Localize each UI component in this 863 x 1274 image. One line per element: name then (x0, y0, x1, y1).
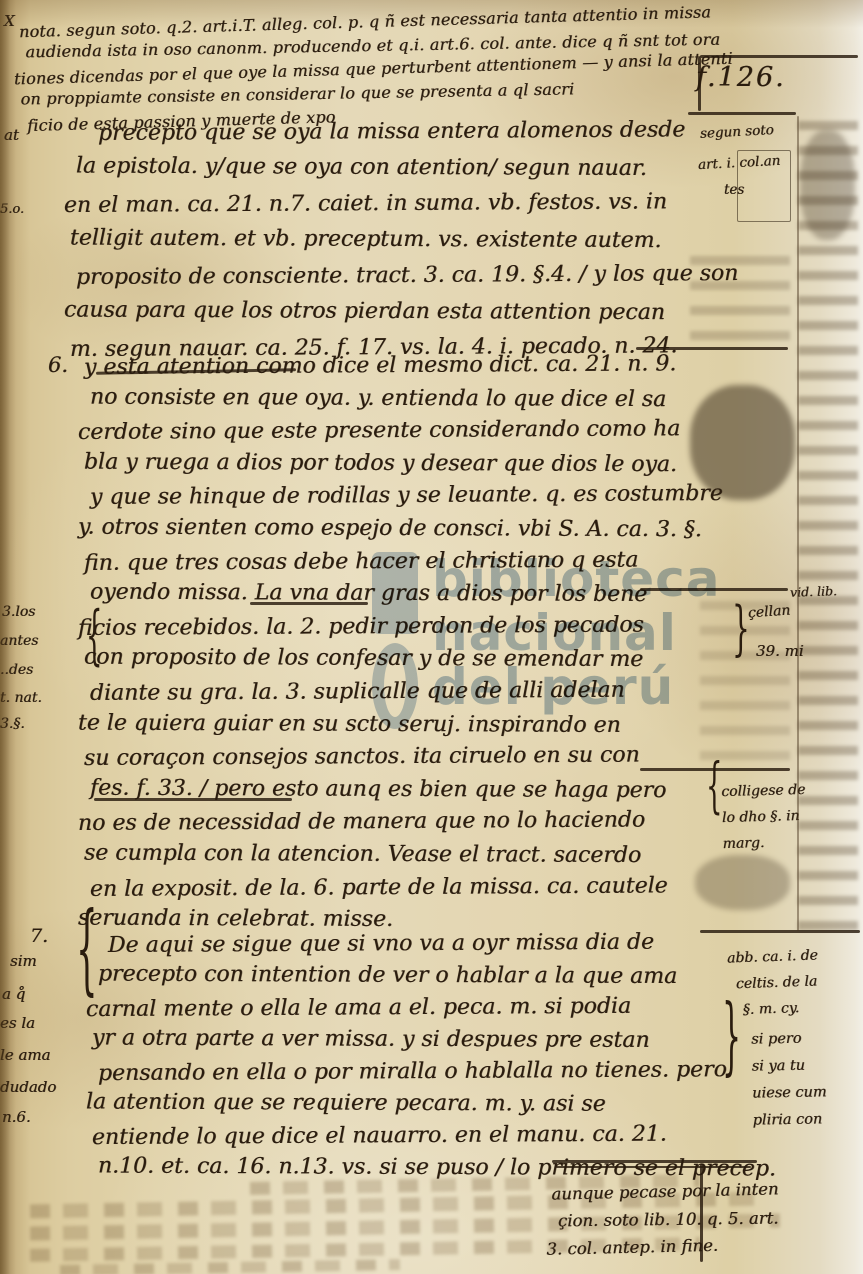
margin-note-line: celtis. de la (728, 968, 820, 997)
ink-stroke (700, 55, 858, 58)
margin-box (737, 150, 791, 222)
manuscript-line: te le quiera guiar en su scto seruj. ins… (78, 707, 723, 742)
manuscript-line: aunque pecase por la inten (551, 1175, 779, 1208)
manuscript-line: De aqui se sigue que si vno va a oyr mis… (108, 926, 776, 962)
manuscript-line: la atention que se requiere pecara. m. y… (86, 1086, 776, 1121)
folio-reference: f.126. (696, 62, 786, 93)
margin-note-line: si ya tu (752, 1052, 827, 1080)
ink-stroke (552, 1160, 757, 1163)
manuscript-line: pensando en ella o por miralla o hablall… (98, 1054, 776, 1090)
manuscript-line: telligit autem. et vb. preceptum. vs. ex… (70, 221, 739, 260)
manuscript-line: bla y ruega a dios por todos y desear qu… (84, 446, 723, 481)
manuscript-line: precepto que se oya la missa entera alom… (98, 112, 739, 152)
margin-note-line: abb. ca. i. de (727, 942, 819, 971)
page-edge (0, 0, 16, 1274)
ink-stroke (636, 347, 788, 350)
section-six: y esta atention como dice el mesmo dict.… (84, 350, 723, 937)
manuscript-line: entiende lo que dice el nauarro. en el m… (92, 1118, 776, 1154)
ink-stroke (700, 1164, 703, 1262)
margin-note-line: pliria con (752, 1106, 827, 1134)
manuscript-line: oyendo missa. La vna dar gras a dios por… (90, 577, 723, 612)
manuscript-line: y esta atention como dice el mesmo dict.… (84, 348, 723, 384)
manuscript-line: fes. f. 33. / pero esto aunq es bien que… (90, 772, 723, 807)
margin-rule (797, 116, 799, 931)
manuscript-line: carnal mente o ella le ama a el. peca. m… (86, 990, 776, 1026)
right-margin-note: segun soto (700, 122, 775, 142)
bottom-citation-block: aunque pecase por la intençion. soto lib… (551, 1176, 779, 1262)
section-intro: precepto que se oya la missa entera alom… (70, 114, 738, 366)
manuscript-line: y que se hinque de rodillas y se leuante… (90, 478, 723, 514)
margin-note-line: §. m. cy. (728, 994, 820, 1023)
ink-brace (722, 989, 741, 1087)
manuscript-line: en la exposit. de la. 6. parte de la mis… (90, 870, 723, 906)
margin-note-line: lo dho §. in (722, 803, 807, 831)
right-margin-note-block: colligese delo dho §. inmarg. (721, 777, 807, 857)
manuscript-line: 3. col. antep. in fine. (546, 1230, 780, 1263)
ink-stroke (556, 1166, 751, 1168)
manuscript-line: cerdote sino que este presente considera… (78, 413, 723, 450)
ink-stroke (94, 798, 292, 801)
manuscript-page: X nota. segun soto. q.2. art.i.T. alleg.… (0, 0, 863, 1274)
manuscript-line: ficios recebidos. la. 2. pedir perdon de… (78, 609, 723, 646)
section-six-number: 6. (48, 353, 68, 377)
ink-stroke (250, 602, 368, 605)
right-margin-note: çellan (747, 603, 790, 622)
manuscript-line: no consiste en que oya. y. entienda lo q… (90, 381, 723, 416)
manuscript-line: no es de necessidad de manera que no lo … (78, 804, 723, 841)
manuscript-line: causa para que los otros pierdan esta at… (64, 293, 739, 332)
manuscript-line: su coraçon consejos sanctos. ita ciruelo… (84, 739, 723, 775)
manuscript-line: proposito de consciente. tract. 3. ca. 1… (76, 256, 739, 296)
manuscript-line: precepto con intention de ver o hablar a… (98, 959, 776, 994)
ink-brace (86, 600, 103, 675)
manuscript-line: diante su gra. la. 3. suplicalle que de … (90, 674, 723, 710)
section-seven: De aqui se sigue que si vno va a oyr mis… (92, 928, 776, 1184)
ink-stroke (640, 588, 788, 591)
manuscript-line: se cumpla con la atencion. Vease el trac… (84, 838, 723, 873)
ink-stroke (698, 57, 701, 111)
section-seven-number: 7. (30, 925, 48, 947)
manuscript-line: fin. que tres cosas debe hacer el christ… (84, 544, 723, 580)
ink-layer: X nota. segun soto. q.2. art.i.T. alleg.… (0, 0, 863, 1274)
margin-note-line: uiese cum (752, 1079, 827, 1107)
manuscript-line: y. otros sienten como espejo de consci. … (78, 512, 723, 547)
ink-brace (706, 753, 723, 822)
manuscript-line: con proposito de los confesar y de se em… (84, 642, 723, 677)
manuscript-line: la epistola. y/que se oya con atention/ … (76, 149, 739, 188)
ink-brace (732, 594, 750, 663)
ink-stroke (700, 930, 860, 933)
manuscript-line: yr a otra parte a ver missa. y si despue… (92, 1023, 776, 1058)
manuscript-line: çion. soto lib. 10. q. 5. art. (558, 1204, 779, 1234)
margin-note-line: colligese de (721, 777, 806, 805)
right-margin-note-block: si perosi ya tuuiese cumpliria con (751, 1025, 827, 1134)
ink-stroke (688, 112, 796, 115)
margin-note-line: marg. (722, 829, 807, 857)
margin-note-line: si pero (751, 1025, 826, 1053)
manuscript-line: en el man. ca. 21. n.7. caiet. in suma. … (64, 184, 739, 224)
ink-brace (76, 892, 98, 1008)
